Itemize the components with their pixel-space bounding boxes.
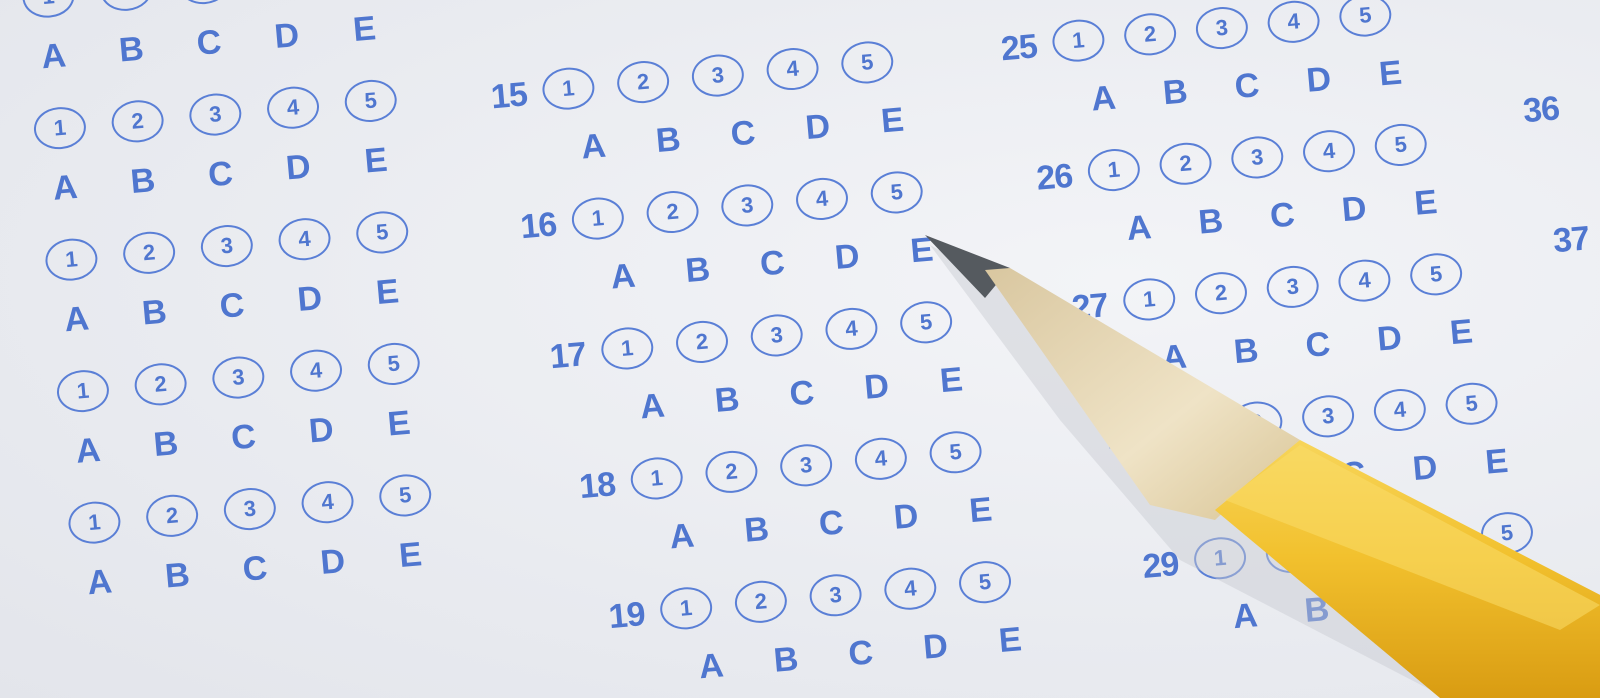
- choice-letter: D: [820, 236, 875, 279]
- question-row: 19 1 2 3 4 5 A B C D E: [658, 545, 1082, 641]
- choice-letter: C: [715, 112, 770, 155]
- choice-letter: E: [1505, 570, 1560, 613]
- answer-bubble[interactable]: 2: [733, 579, 788, 625]
- question-row: 1 2 3 4 5 A B C D E: [55, 328, 479, 424]
- answer-bubble[interactable]: 1: [21, 0, 76, 20]
- choice-letter: E: [983, 619, 1038, 662]
- question-number: 29: [1113, 545, 1180, 589]
- answer-bubble[interactable]: 3: [1336, 523, 1391, 569]
- answer-bubble[interactable]: 4: [1337, 257, 1392, 303]
- choice-letter: D: [1433, 576, 1488, 619]
- answer-bubble[interactable]: 4: [300, 479, 355, 525]
- choice-letter: D: [908, 626, 963, 669]
- choice-letter: B: [138, 423, 193, 466]
- answer-bubble[interactable]: 5: [957, 559, 1012, 605]
- choice-letter: C: [833, 632, 888, 675]
- answer-bubble[interactable]: 3: [222, 486, 277, 532]
- answer-bubble[interactable]: 3: [808, 572, 863, 618]
- question-number: 36: [1493, 89, 1560, 133]
- choice-letter: B: [641, 119, 696, 162]
- choice-letter: B: [1254, 459, 1309, 502]
- answer-bubble[interactable]: 2: [1158, 141, 1213, 187]
- answer-bubble[interactable]: 1: [1086, 147, 1141, 193]
- choice-letter: B: [758, 639, 813, 682]
- choice-letter: B: [1289, 589, 1344, 632]
- answer-bubble[interactable]: 1: [541, 65, 596, 111]
- answer-bubble[interactable]: 4: [1372, 387, 1427, 433]
- answer-bubble[interactable]: 5: [928, 429, 983, 475]
- answer-bubble[interactable]: 4: [853, 436, 908, 482]
- question-row: 27 1 2 3 4 5 A B C D E: [1121, 236, 1545, 332]
- choice-letter: D: [1397, 447, 1452, 490]
- answer-bubble[interactable]: 3: [749, 312, 804, 358]
- choice-letter: A: [595, 255, 650, 298]
- choice-letter: A: [49, 298, 104, 341]
- answer-bubble[interactable]: 2: [110, 98, 165, 144]
- choice-letter: E: [1398, 182, 1453, 225]
- answer-bubble[interactable]: 4: [883, 566, 938, 612]
- choice-letter: A: [1182, 466, 1237, 509]
- answer-bubble[interactable]: 2: [704, 449, 759, 495]
- question-number: 18: [550, 465, 617, 509]
- answer-bubble[interactable]: 1: [1051, 17, 1106, 63]
- question-number: 27: [1042, 286, 1109, 330]
- answer-bubble[interactable]: 5: [366, 341, 421, 387]
- choice-letter: D: [294, 409, 349, 452]
- choice-letter: E: [348, 140, 403, 183]
- choice-letter: A: [684, 645, 739, 688]
- answer-bubble[interactable]: 1: [600, 325, 655, 371]
- choice-letter: B: [729, 509, 784, 552]
- choice-letter: B: [700, 379, 755, 422]
- choice-letter: B: [104, 28, 159, 71]
- choice-letter: C: [1326, 453, 1381, 496]
- answer-bubble[interactable]: 4: [824, 306, 879, 352]
- choice-letter: D: [849, 366, 904, 409]
- answer-bubble[interactable]: 3: [199, 223, 254, 269]
- choice-letter: D: [1362, 317, 1417, 360]
- answer-bubble[interactable]: 1: [658, 585, 713, 631]
- answer-bubble[interactable]: 3: [211, 354, 266, 400]
- answer-bubble[interactable]: 2: [1193, 270, 1248, 316]
- question-row: 29 1 2 3 4 5 A B C D E: [1192, 495, 1600, 591]
- question-row: 16 1 2 3 4 5 A B C D E: [569, 155, 993, 251]
- answer-bubble[interactable]: 3: [690, 52, 745, 98]
- choice-letter: B: [670, 249, 725, 292]
- answer-bubble[interactable]: 1: [1192, 535, 1247, 581]
- answer-bubble[interactable]: 3: [720, 182, 775, 228]
- choice-letter: A: [625, 385, 680, 428]
- choice-letter: D: [305, 541, 360, 584]
- choice-letter: A: [1076, 77, 1131, 120]
- answer-sheet: 1 2 3 4 5 A B C D E 1 2 3 4 5 A B C D E …: [0, 0, 1600, 698]
- answer-bubble[interactable]: 4: [1266, 0, 1321, 45]
- choice-letter: E: [924, 359, 979, 402]
- answer-bubble[interactable]: 5: [1408, 251, 1463, 297]
- choice-letter: A: [1147, 336, 1202, 379]
- choice-letter: E: [371, 403, 426, 446]
- question-row: 25 1 2 3 4 5 A B C D E: [1050, 0, 1474, 74]
- answer-bubble[interactable]: 3: [1230, 134, 1285, 180]
- choice-letter: B: [150, 554, 205, 597]
- answer-bubble[interactable]: 3: [1194, 5, 1249, 51]
- answer-bubble[interactable]: 3: [1265, 264, 1320, 310]
- question-number: 25: [971, 27, 1038, 71]
- choice-letter: C: [745, 242, 800, 285]
- choice-letter: C: [774, 372, 829, 415]
- answer-bubble[interactable]: 5: [343, 78, 398, 124]
- choice-letter: C: [182, 22, 237, 65]
- answer-bubble[interactable]: 2: [674, 319, 729, 365]
- answer-bubble[interactable]: 5: [355, 209, 410, 255]
- answer-bubble[interactable]: 1: [1122, 276, 1177, 322]
- answer-bubble[interactable]: 4: [1408, 516, 1463, 562]
- answer-bubble[interactable]: 1: [44, 236, 99, 282]
- answer-bubble[interactable]: 4: [265, 85, 320, 131]
- choice-letter: A: [72, 561, 127, 604]
- answer-bubble[interactable]: 4: [288, 348, 343, 394]
- answer-bubble[interactable]: 3: [1300, 393, 1355, 439]
- choice-letter: C: [1255, 194, 1310, 237]
- choice-letter: D: [259, 15, 314, 58]
- choice-letter: C: [1290, 324, 1345, 367]
- question-number: 19: [579, 595, 646, 639]
- choice-letter: D: [1327, 188, 1382, 231]
- question-number: 26: [1007, 157, 1074, 201]
- answer-bubble[interactable]: 2: [133, 361, 188, 407]
- answer-bubble[interactable]: 4: [1301, 128, 1356, 174]
- choice-letter: D: [878, 496, 933, 539]
- choice-letter: C: [228, 548, 283, 591]
- question-number: 28: [1078, 416, 1145, 460]
- answer-bubble[interactable]: 5: [378, 472, 433, 518]
- choice-letter: A: [26, 35, 81, 78]
- answer-bubble[interactable]: 1: [1157, 406, 1212, 452]
- answer-bubble[interactable]: 5: [1444, 381, 1499, 427]
- answer-bubble[interactable]: 2: [615, 59, 670, 105]
- question-row: 17 1 2 3 4 5 A B C D E: [599, 285, 1023, 381]
- choice-letter: B: [115, 160, 170, 203]
- question-number: 16: [491, 205, 558, 249]
- choice-letter: A: [654, 515, 709, 558]
- answer-bubble[interactable]: 1: [32, 105, 87, 151]
- choice-letter: A: [38, 167, 93, 210]
- choice-letter: E: [337, 8, 392, 51]
- answer-bubble[interactable]: 1: [67, 499, 122, 545]
- answer-bubble[interactable]: 1: [629, 455, 684, 501]
- question-row: 26 1 2 3 4 5 A B C D E: [1085, 107, 1509, 203]
- choice-letter: D: [282, 278, 337, 321]
- answer-bubble[interactable]: 5: [1338, 0, 1393, 39]
- answer-bubble[interactable]: 5: [898, 299, 953, 345]
- choice-letter: C: [205, 285, 260, 328]
- choice-letter: C: [1219, 65, 1274, 108]
- choice-letter: A: [1111, 207, 1166, 250]
- choice-letter: E: [1363, 52, 1418, 95]
- question-number: 17: [520, 335, 587, 379]
- choice-letter: D: [1291, 59, 1346, 102]
- choice-letter: B: [1148, 71, 1203, 114]
- choice-letter: C: [1361, 583, 1416, 626]
- question-row: 1 2 3 4 5 A B C D E: [32, 65, 456, 161]
- choice-letter: B: [1219, 330, 1274, 373]
- choice-letter: E: [894, 229, 949, 272]
- choice-letter: E: [865, 99, 920, 142]
- choice-letter: D: [271, 146, 326, 189]
- question-number: 15: [461, 75, 528, 119]
- choice-letter: A: [566, 125, 621, 168]
- question-row: 1 2 3 4 5 A B C D E: [43, 196, 467, 292]
- choice-letter: E: [953, 489, 1008, 532]
- choice-letter: E: [1434, 311, 1489, 354]
- answer-bubble[interactable]: 1: [570, 195, 625, 241]
- choice-letter: E: [360, 271, 415, 314]
- answer-bubble[interactable]: 5: [1479, 510, 1534, 556]
- choice-letter: A: [1218, 595, 1273, 638]
- question-row: 1 2 3 4 5 A B C D E: [66, 459, 490, 555]
- answer-bubble[interactable]: 1: [55, 368, 110, 414]
- answer-bubble[interactable]: 2: [1122, 11, 1177, 57]
- choice-letter: B: [1183, 201, 1238, 244]
- question-row: 28 1 2 3 4 5 A B C D E: [1156, 366, 1580, 462]
- answer-bubble[interactable]: 4: [277, 216, 332, 262]
- question-row: 15 1 2 3 4 5 A B C D E: [540, 25, 964, 121]
- answer-bubble[interactable]: 5: [869, 169, 924, 215]
- answer-bubble[interactable]: 3: [188, 91, 243, 137]
- answer-bubble[interactable]: 2: [645, 189, 700, 235]
- choice-letter: A: [61, 430, 116, 473]
- choice-letter: E: [1469, 441, 1524, 484]
- answer-bubble[interactable]: 2: [1229, 399, 1284, 445]
- choice-letter: C: [216, 416, 271, 459]
- answer-bubble[interactable]: 5: [1373, 122, 1428, 168]
- answer-bubble[interactable]: 3: [778, 442, 833, 488]
- choice-letter: C: [193, 153, 248, 196]
- question-number: 37: [1523, 219, 1590, 263]
- answer-bubble[interactable]: 4: [765, 46, 820, 92]
- answer-bubble[interactable]: 5: [840, 39, 895, 85]
- choice-letter: B: [127, 291, 182, 334]
- question-row: 1 2 3 4 5 A B C D E: [20, 0, 444, 30]
- choice-letter: C: [804, 502, 859, 545]
- choice-letter: E: [383, 534, 438, 577]
- answer-bubble[interactable]: 2: [121, 230, 176, 276]
- answer-bubble[interactable]: 4: [794, 176, 849, 222]
- answer-bubble[interactable]: 2: [144, 493, 199, 539]
- question-row: 18 1 2 3 4 5 A B C D E: [628, 415, 1052, 511]
- choice-letter: D: [790, 106, 845, 149]
- answer-bubble[interactable]: 3: [176, 0, 231, 6]
- answer-bubble[interactable]: 2: [98, 0, 153, 13]
- answer-bubble[interactable]: 2: [1264, 529, 1319, 575]
